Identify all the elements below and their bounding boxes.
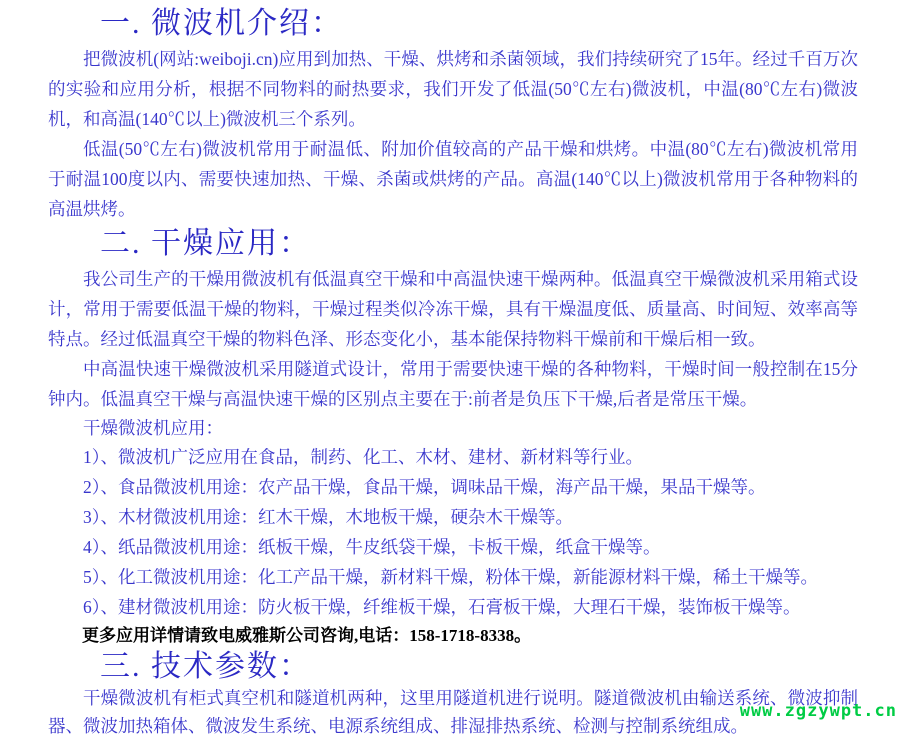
- contact-phone-line: 更多应用详情请致电威雅斯公司咨询,电话：158-1718-8338。: [48, 622, 858, 650]
- list-item-2: 2）、食品微波机用途：农产品干燥，食品干燥，调味品干燥，海产品干燥，果品干燥等。: [48, 472, 858, 502]
- list-intro: 干燥微波机应用：: [48, 414, 858, 442]
- section-1-heading: 一. 微波机介绍：: [100, 6, 858, 42]
- section-2-paragraph-2: 中高温快速干燥微波机采用隧道式设计，常用于需要快速干燥的各种物料，干燥时间一般控…: [48, 354, 858, 414]
- watermark-url: www.zgzywpt.cn: [740, 701, 897, 721]
- section-1-paragraph-2: 低温(50℃左右)微波机常用于耐温低、附加价值较高的产品干燥和烘烤。中温(80℃…: [48, 134, 858, 224]
- section-2-paragraph-1: 我公司生产的干燥用微波机有低温真空干燥和中高温快速干燥两种。低温真空干燥微波机采…: [48, 264, 858, 354]
- section-3-paragraph-1: 干燥微波机有柜式真空机和隧道机两种，这里用隧道机进行说明。隧道微波机由输送系统、…: [48, 684, 858, 735]
- list-item-5: 5）、化工微波机用途：化工产品干燥，新材料干燥，粉体干燥，新能源材料干燥，稀土干…: [48, 562, 858, 592]
- section-3-heading: 三. 技术参数：: [100, 650, 858, 684]
- list-item-1: 1）、微波机广泛应用在食品，制药、化工、木材、建材、新材料等行业。: [48, 442, 858, 472]
- document-page: 一. 微波机介绍： 把微波机(网站:weiboji.cn)应用到加热、干燥、烘烤…: [0, 0, 900, 735]
- list-item-3: 3）、木材微波机用途：红木干燥，木地板干燥，硬杂木干燥等。: [48, 502, 858, 532]
- section-2-heading: 二. 干燥应用：: [100, 226, 858, 262]
- list-item-6: 6）、建材微波机用途：防火板干燥，纤维板干燥，石膏板干燥，大理石干燥，装饰板干燥…: [48, 592, 858, 622]
- list-item-4: 4）、纸品微波机用途：纸板干燥，牛皮纸袋干燥，卡板干燥，纸盒干燥等。: [48, 532, 858, 562]
- section-1-paragraph-1: 把微波机(网站:weiboji.cn)应用到加热、干燥、烘烤和杀菌领域，我们持续…: [48, 44, 858, 134]
